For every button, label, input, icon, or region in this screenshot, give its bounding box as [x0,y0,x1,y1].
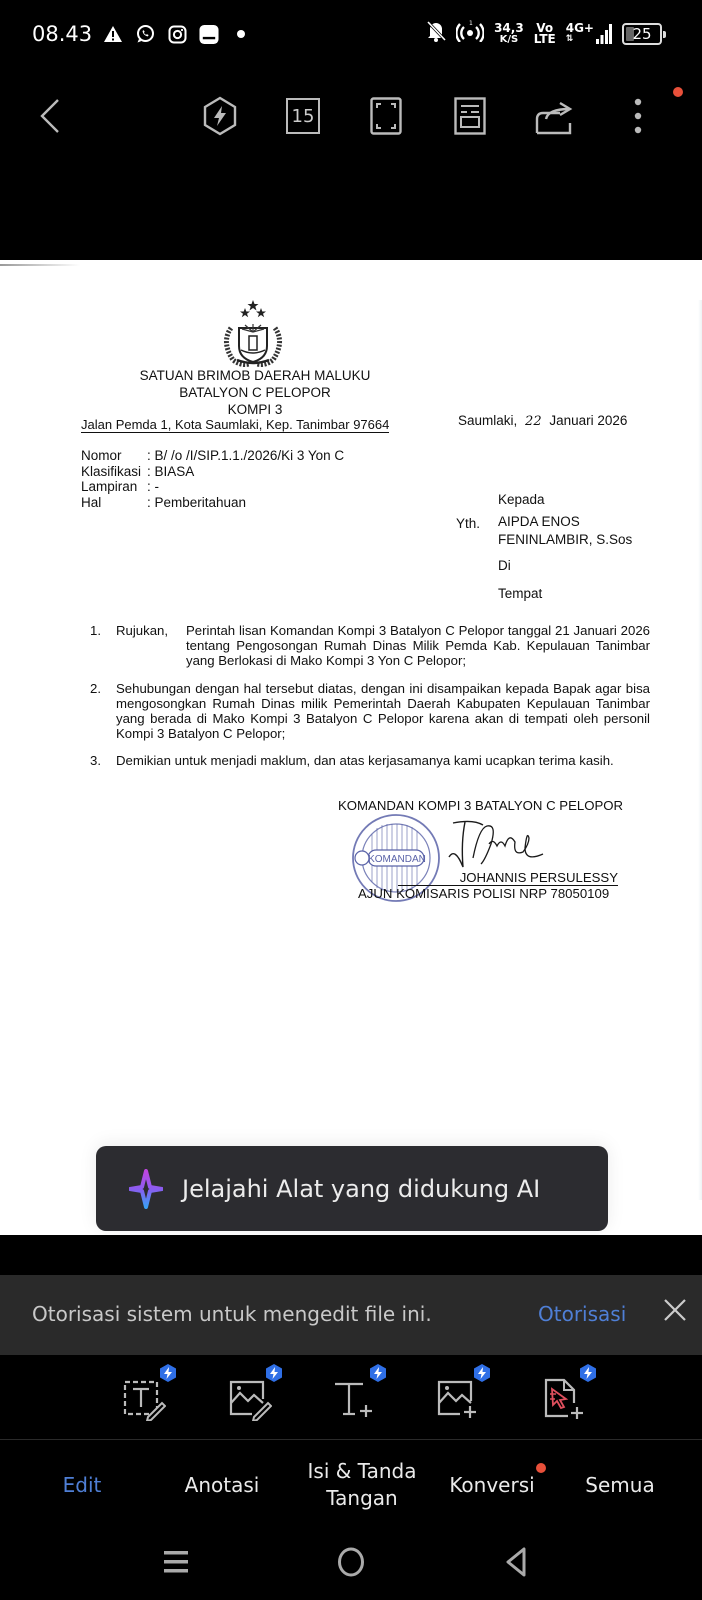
meta-label: Klasifikasi [81,464,147,480]
meta-label: Nomor [81,448,147,464]
letter-body: 1. Rujukan, Perintah lisan Komandan Komp… [90,623,650,781]
meta-row: Lampiran: - [81,479,344,495]
premium-bolt-icon [472,1363,492,1383]
notification-icons [103,24,251,44]
add-image-icon [436,1377,480,1421]
meta-row: Nomor: B/ /o /I/SIP.1.1./2026/Ki 3 Yon C [81,448,344,464]
viewer-toolbar: 15 [0,70,702,260]
status-bar: 08.43 1 34,3 K/S Vo LTE [0,0,702,70]
page-number-button[interactable]: 15 [283,96,323,136]
back-nav-icon [504,1546,528,1578]
letterhead-line2: BATALYON C PELOPOR [0,385,510,400]
more-options-button[interactable] [618,96,658,136]
recipient-name-line1: AIPDA ENOS [498,514,580,529]
system-icons: 1 34,3 K/S Vo LTE 4G+ ⇅ 25 [426,20,662,47]
item-number: 1. [90,623,116,669]
recipient-name-line2: FENINLAMBIR, S.Sos [498,532,632,547]
meta-label: Hal [81,495,147,511]
police-emblem-icon [213,298,293,368]
letterhead-address: Jalan Pemda 1, Kota Saumlaki, Kep. Tanim… [81,417,389,433]
recipient-tempat: Tempat [498,586,542,601]
add-signature-icon [542,1377,586,1421]
item-text: Demikian untuk menjadi maklum, dan atas … [116,753,650,768]
back-button[interactable] [30,96,70,136]
ai-bolt-icon [202,96,238,136]
mute-icon [426,20,446,47]
close-icon[interactable] [662,1297,688,1323]
place-date: Saumlaki, 22 Januari 2026 [458,413,627,429]
back-nav-button[interactable] [494,1540,538,1584]
add-image-tool[interactable] [436,1377,484,1425]
ai-toast-label: Jelajahi Alat yang didukung AI [182,1175,540,1203]
item-number: 3. [90,753,116,768]
date-day: 22 [525,414,542,429]
volte-indicator: Vo LTE [534,23,556,45]
meta-row: Klasifikasi: BIASA [81,464,344,480]
system-navigation-bar [0,1530,702,1600]
meta-value: : B/ /o /I/SIP.1.1./2026/Ki 3 Yon C [147,448,344,464]
warning-icon [103,24,123,44]
edit-image-tool[interactable] [228,1377,276,1425]
recipient-di: Di [498,558,511,573]
home-icon [336,1546,366,1578]
battery-icon: 25 [622,23,662,45]
edit-tools-row [0,1355,702,1440]
fullscreen-button[interactable] [366,96,406,136]
notification-dot [673,87,683,97]
page-number: 15 [292,106,315,127]
date-month-year: Januari 2026 [549,413,627,428]
instagram-icon [167,24,187,44]
ai-sparkle-icon [129,1169,163,1209]
item-text: Perintah lisan Komandan Kompi 3 Batalyon… [186,623,650,669]
svg-text:KOMANDAN: KOMANDAN [368,854,426,865]
page-number-icon: 15 [286,98,320,134]
meta-value: : - [147,479,159,495]
authorization-message: Otorisasi sistem untuk mengedit file ini… [32,1302,432,1326]
tab-edit[interactable]: Edit [42,1440,122,1530]
tab-semua[interactable]: Semua [572,1440,668,1530]
home-button[interactable] [329,1540,373,1584]
more-icon [633,96,643,136]
app-icon [199,24,219,44]
letterhead-line1: SATUAN BRIMOB DAERAH MALUKU [0,368,510,383]
premium-bolt-icon [264,1363,284,1383]
network-speed: 34,3 K/S [494,23,524,45]
hotspot-icon: 1 [456,20,484,47]
authorize-button[interactable]: Otorisasi [538,1302,626,1326]
signatory-title: KOMANDAN KOMPI 3 BATALYON C PELOPOR [338,798,623,813]
recent-apps-icon [162,1548,190,1576]
whatsapp-icon [135,24,155,44]
body-item: 2. Sehubungan dengan hal tersebut diatas… [90,681,650,742]
edit-image-icon [228,1377,272,1421]
ai-tools-toast[interactable]: Jelajahi Alat yang didukung AI [96,1146,608,1231]
letter-meta: Nomor: B/ /o /I/SIP.1.1./2026/Ki 3 Yon C… [81,448,344,510]
body-item: 1. Rujukan, Perintah lisan Komandan Komp… [90,623,650,669]
edit-text-tool[interactable] [122,1377,170,1425]
body-item: 3. Demikian untuk menjadi maklum, dan at… [90,753,650,768]
signatory-name: JOHANNIS PERSULESSY [398,870,618,886]
add-text-icon [332,1377,376,1421]
signal-icon: 4G+ ⇅ [566,23,612,45]
net-speed-unit: K/S [494,34,524,45]
signatory-rank: AJUN KOMISARIS POLISI NRP 78050109 [358,886,609,901]
recent-apps-button[interactable] [154,1540,198,1584]
volte-bottom: LTE [534,34,556,45]
ai-tools-button[interactable] [200,96,240,136]
reading-mode-icon [454,97,486,135]
meta-value: : Pemberitahuan [147,495,246,511]
svg-text:1: 1 [469,20,473,27]
bottom-tabs: Edit Anotasi Isi & TandaTangan Konversi … [0,1440,702,1530]
edit-text-icon [122,1377,166,1421]
status-time: 08.43 [32,22,92,46]
share-icon [534,97,574,135]
tab-isi-tanda-tangan[interactable]: Isi & TandaTangan [298,1440,426,1530]
battery-level: 25 [632,25,651,43]
tab-konversi[interactable]: Konversi [440,1440,544,1530]
add-text-tool[interactable] [332,1377,380,1425]
premium-bolt-icon [158,1363,178,1383]
item-text: Sehubungan dengan hal tersebut diatas, d… [116,681,650,742]
dot-icon [231,24,251,44]
add-signature-tool[interactable] [542,1377,590,1425]
reading-mode-button[interactable] [450,96,490,136]
fullscreen-icon [370,97,402,135]
place: Saumlaki, [458,413,517,428]
item-lead: Rujukan, [116,623,186,669]
recipient-kepada: Kepada [498,492,545,507]
tab-anotasi[interactable]: Anotasi [170,1440,274,1530]
meta-row: Hal: Pemberitahuan [81,495,344,511]
authorization-banner: Otorisasi sistem untuk mengedit file ini… [0,1275,702,1355]
premium-bolt-icon [368,1363,388,1383]
document-viewer[interactable]: SATUAN BRIMOB DAERAH MALUKU BATALYON C P… [0,260,702,1235]
back-icon [38,96,62,136]
page-edge-right [698,300,702,1200]
page-edge [0,264,80,266]
letterhead-line3: KOMPI 3 [0,402,510,417]
meta-value: : BIASA [147,464,194,480]
network-type: 4G+ [566,23,594,34]
handwritten-signature-icon [443,818,553,873]
item-number: 2. [90,681,116,742]
recipient-yth: Yth. [456,516,480,531]
share-button[interactable] [534,96,574,136]
net-speed-value: 34,3 [494,23,524,34]
meta-label: Lampiran [81,479,147,495]
konversi-notification-dot [536,1463,546,1473]
premium-bolt-icon [578,1363,598,1383]
